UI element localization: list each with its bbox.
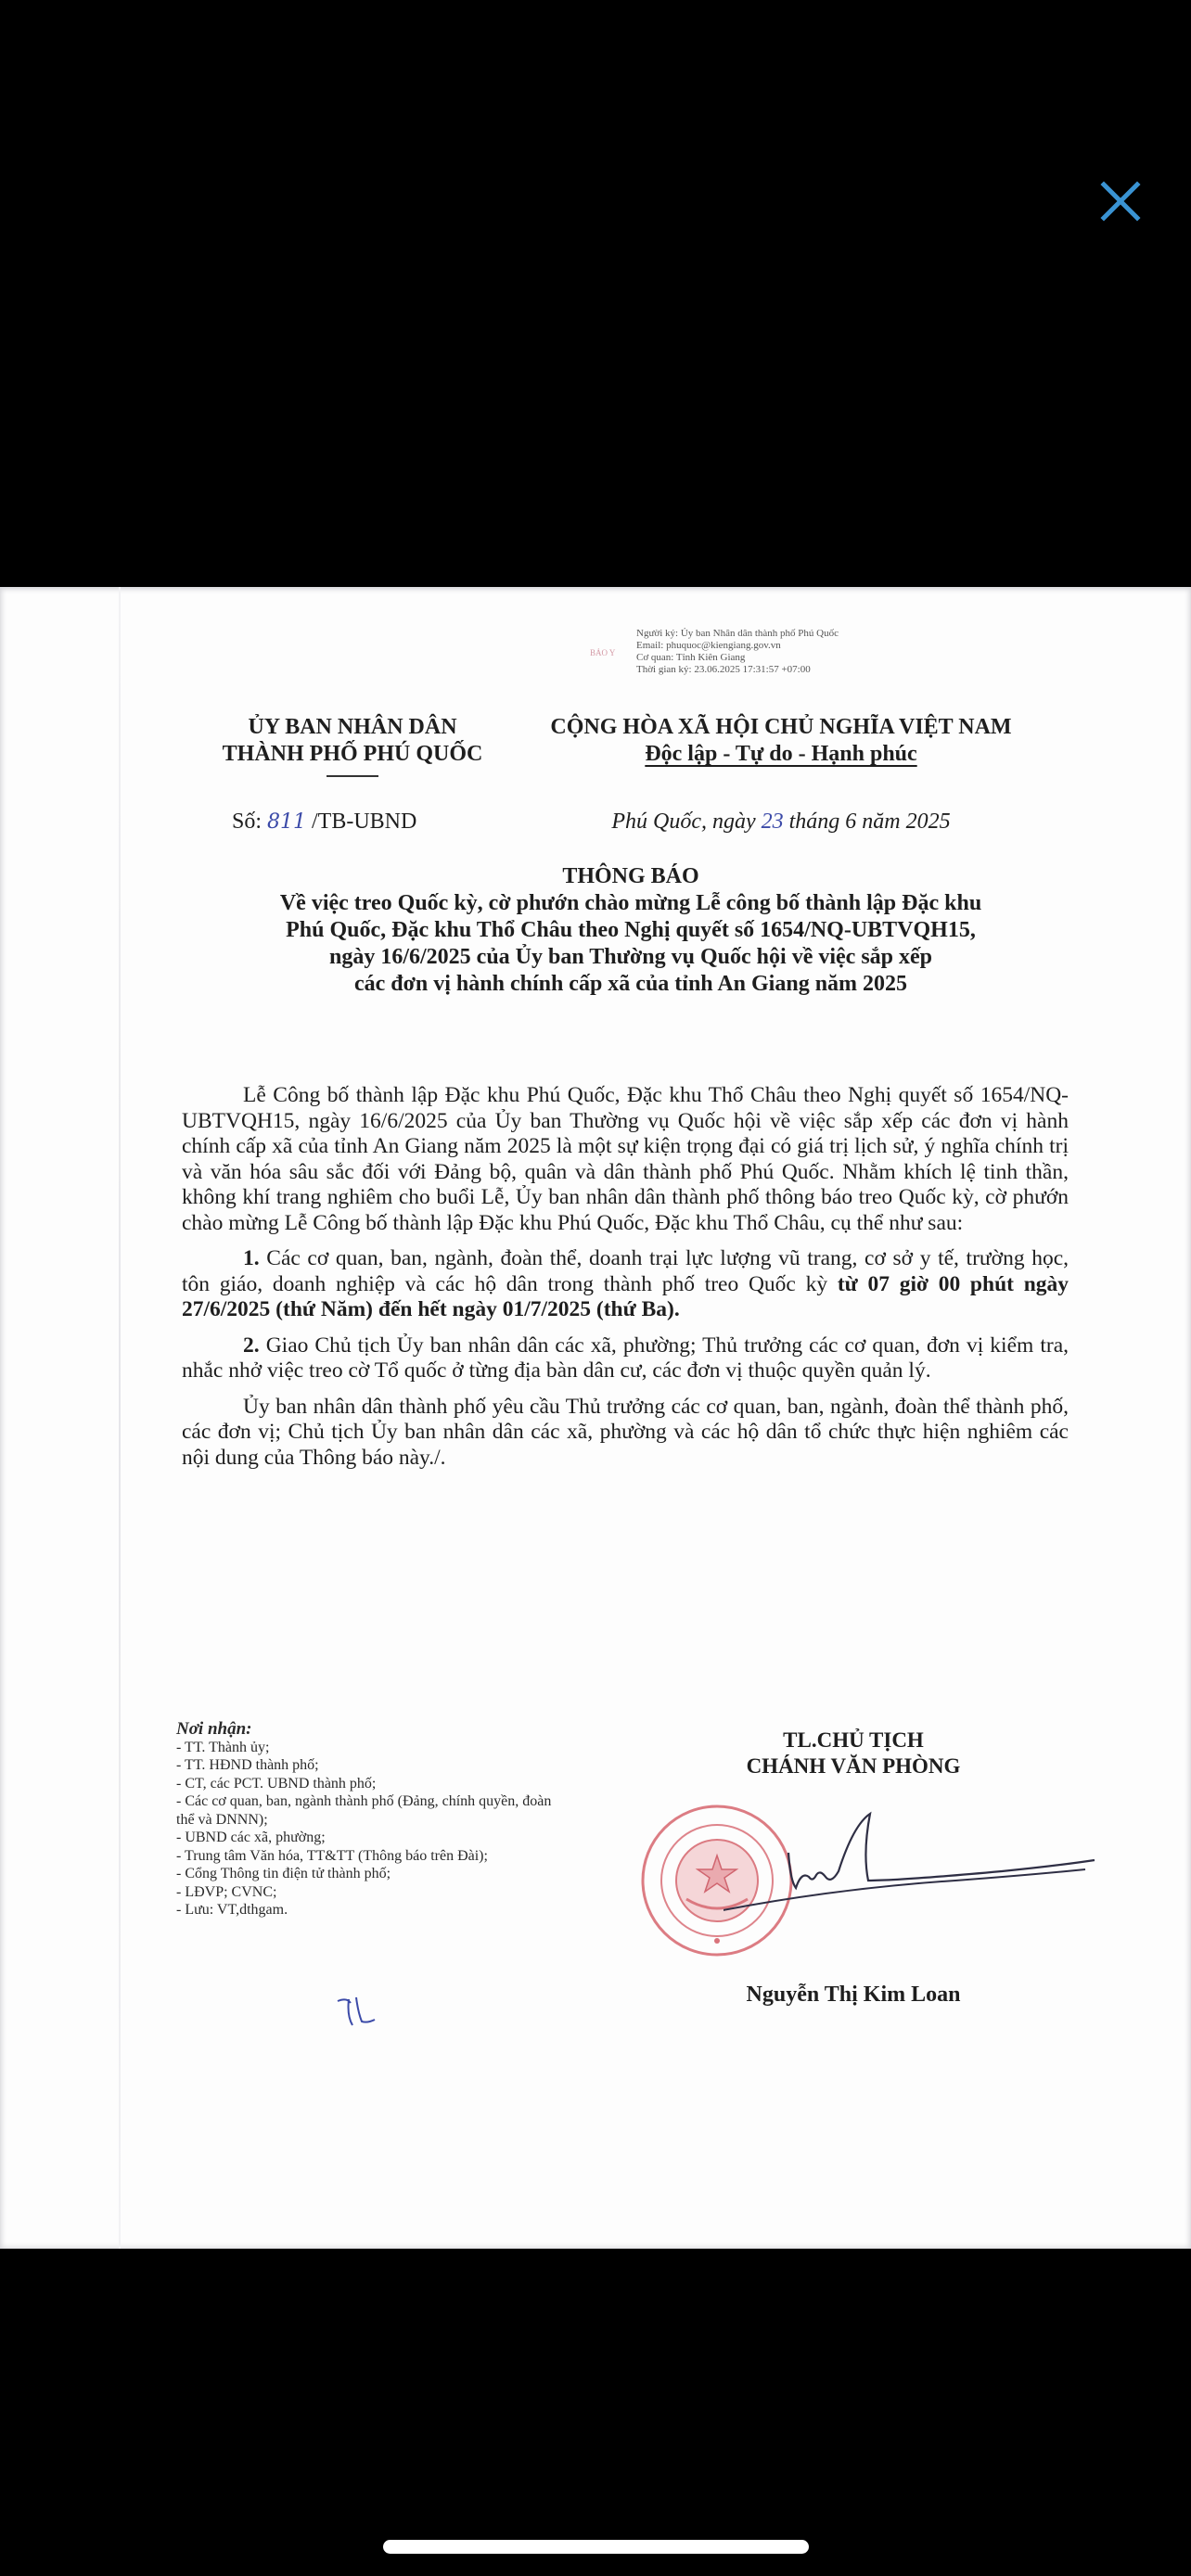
recipient-item: - Lưu: VT,dthgam. — [176, 1901, 566, 1919]
close-button[interactable] — [1098, 179, 1143, 223]
issuer-underline — [327, 775, 378, 777]
home-indicator[interactable] — [383, 2540, 809, 2554]
esig-email: Email: phuquoc@kiengiang.gov.vn — [636, 640, 839, 652]
subject-line-2: Phú Quốc, Đặc khu Thổ Châu theo Nghị quy… — [167, 917, 1095, 944]
issuer-line-1: ỦY BAN NHÂN DÂN — [213, 714, 492, 741]
recipient-item: - UBND các xã, phường; — [176, 1829, 566, 1847]
notice-title: THÔNG BÁO Về việc treo Quốc kỳ, cờ phướn… — [167, 863, 1095, 998]
item-1-number: 1. — [243, 1246, 260, 1270]
recipient-item: - TT. HĐND thành phố; — [176, 1756, 566, 1775]
document-photo[interactable]: BẢO Y Người ký: Ủy ban Nhân dân thành ph… — [0, 587, 1191, 2249]
intro-paragraph: Lễ Công bố thành lập Đặc khu Phú Quốc, Đ… — [182, 1083, 1069, 1236]
closing-paragraph: Ủy ban nhân dân thành phố yêu cầu Thủ tr… — [182, 1395, 1069, 1472]
date-day-handwritten: 23 — [762, 810, 784, 834]
official-notice: BẢO Y Người ký: Ủy ban Nhân dân thành ph… — [0, 587, 1191, 2249]
handwritten-signature-icon — [724, 1788, 1113, 1927]
issuer-line-2: THÀNH PHỐ PHÚ QUỐC — [213, 741, 492, 768]
notice-body: Lễ Công bố thành lập Đặc khu Phú Quốc, Đ… — [182, 1083, 1069, 1481]
esig-agency: Cơ quan: Tỉnh Kiên Giang — [636, 652, 839, 664]
handwritten-initial-icon — [334, 1994, 380, 2031]
national-title: CỘNG HÒA XÃ HỘI CHỦ NGHĨA VIỆT NAM — [531, 714, 1031, 741]
recipient-item: - LĐVP; CVNC; — [176, 1883, 566, 1902]
recipients-list: Nơi nhận: - TT. Thành ủy; - TT. HĐND thà… — [176, 1720, 566, 1919]
subject-line-4: các đơn vị hành chính cấp xã của tỉnh An… — [167, 971, 1095, 998]
subject-line-3: ngày 16/6/2025 của Ủy ban Thường vụ Quốc… — [167, 944, 1095, 971]
date-prefix: Phú Quốc, ngày — [611, 810, 755, 834]
esig-mark: BẢO Y — [590, 648, 615, 657]
signer-block: TL.CHỦ TỊCH CHÁNH VĂN PHÒNG — [668, 1728, 1039, 1779]
esig-time: Thời gian ký: 23.06.2025 17:31:57 +07:00 — [636, 664, 839, 676]
date-suffix: tháng 6 năm 2025 — [789, 810, 951, 834]
digital-signature-info: Người ký: Ủy ban Nhân dân thành phố Phú … — [636, 628, 839, 676]
item-1: 1. Các cơ quan, ban, ngành, đoàn thể, do… — [182, 1246, 1069, 1323]
document-number: Số: 811 /TB-UBND — [232, 810, 416, 835]
notice-heading: THÔNG BÁO — [167, 863, 1095, 890]
national-motto: Độc lập - Tự do - Hạnh phúc — [531, 741, 1031, 768]
recipient-item: - Trung tâm Văn hóa, TT&TT (Thông báo tr… — [176, 1847, 566, 1866]
recipient-item: - Cổng Thông tin điện tử thành phố; — [176, 1865, 566, 1883]
esig-signer: Người ký: Ủy ban Nhân dân thành phố Phú … — [636, 628, 839, 640]
doc-number-suffix: /TB-UBND — [312, 810, 416, 834]
national-header: CỘNG HÒA XÃ HỘI CHỦ NGHĨA VIỆT NAM Độc l… — [531, 714, 1031, 768]
issuer-header: ỦY BAN NHÂN DÂN THÀNH PHỐ PHÚ QUỐC — [213, 714, 492, 777]
item-2: 2. Giao Chủ tịch Ủy ban nhân dân các xã,… — [182, 1333, 1069, 1384]
recipients-title: Nơi nhận: — [176, 1720, 566, 1739]
recipient-item: - CT, các PCT. UBND thành phố; — [176, 1775, 566, 1793]
signer-title-2: CHÁNH VĂN PHÒNG — [668, 1753, 1039, 1779]
close-icon — [1098, 179, 1143, 223]
recipient-item: - TT. Thành ủy; — [176, 1739, 566, 1757]
doc-number-prefix: Số: — [232, 810, 262, 834]
signer-name: Nguyễn Thị Kim Loan — [668, 1983, 1039, 2008]
item-2-number: 2. — [243, 1333, 260, 1358]
doc-number-handwritten: 811 — [267, 810, 306, 834]
date-line: Phú Quốc, ngày 23 tháng 6 năm 2025 — [531, 810, 1031, 835]
item-2-text: Giao Chủ tịch Ủy ban nhân dân các xã, ph… — [182, 1333, 1069, 1384]
subject-line-1: Về việc treo Quốc kỳ, cờ phướn chào mừng… — [167, 890, 1095, 917]
signer-title-1: TL.CHỦ TỊCH — [668, 1728, 1039, 1753]
recipient-item: - Các cơ quan, ban, ngành thành phố (Đản… — [176, 1792, 566, 1829]
